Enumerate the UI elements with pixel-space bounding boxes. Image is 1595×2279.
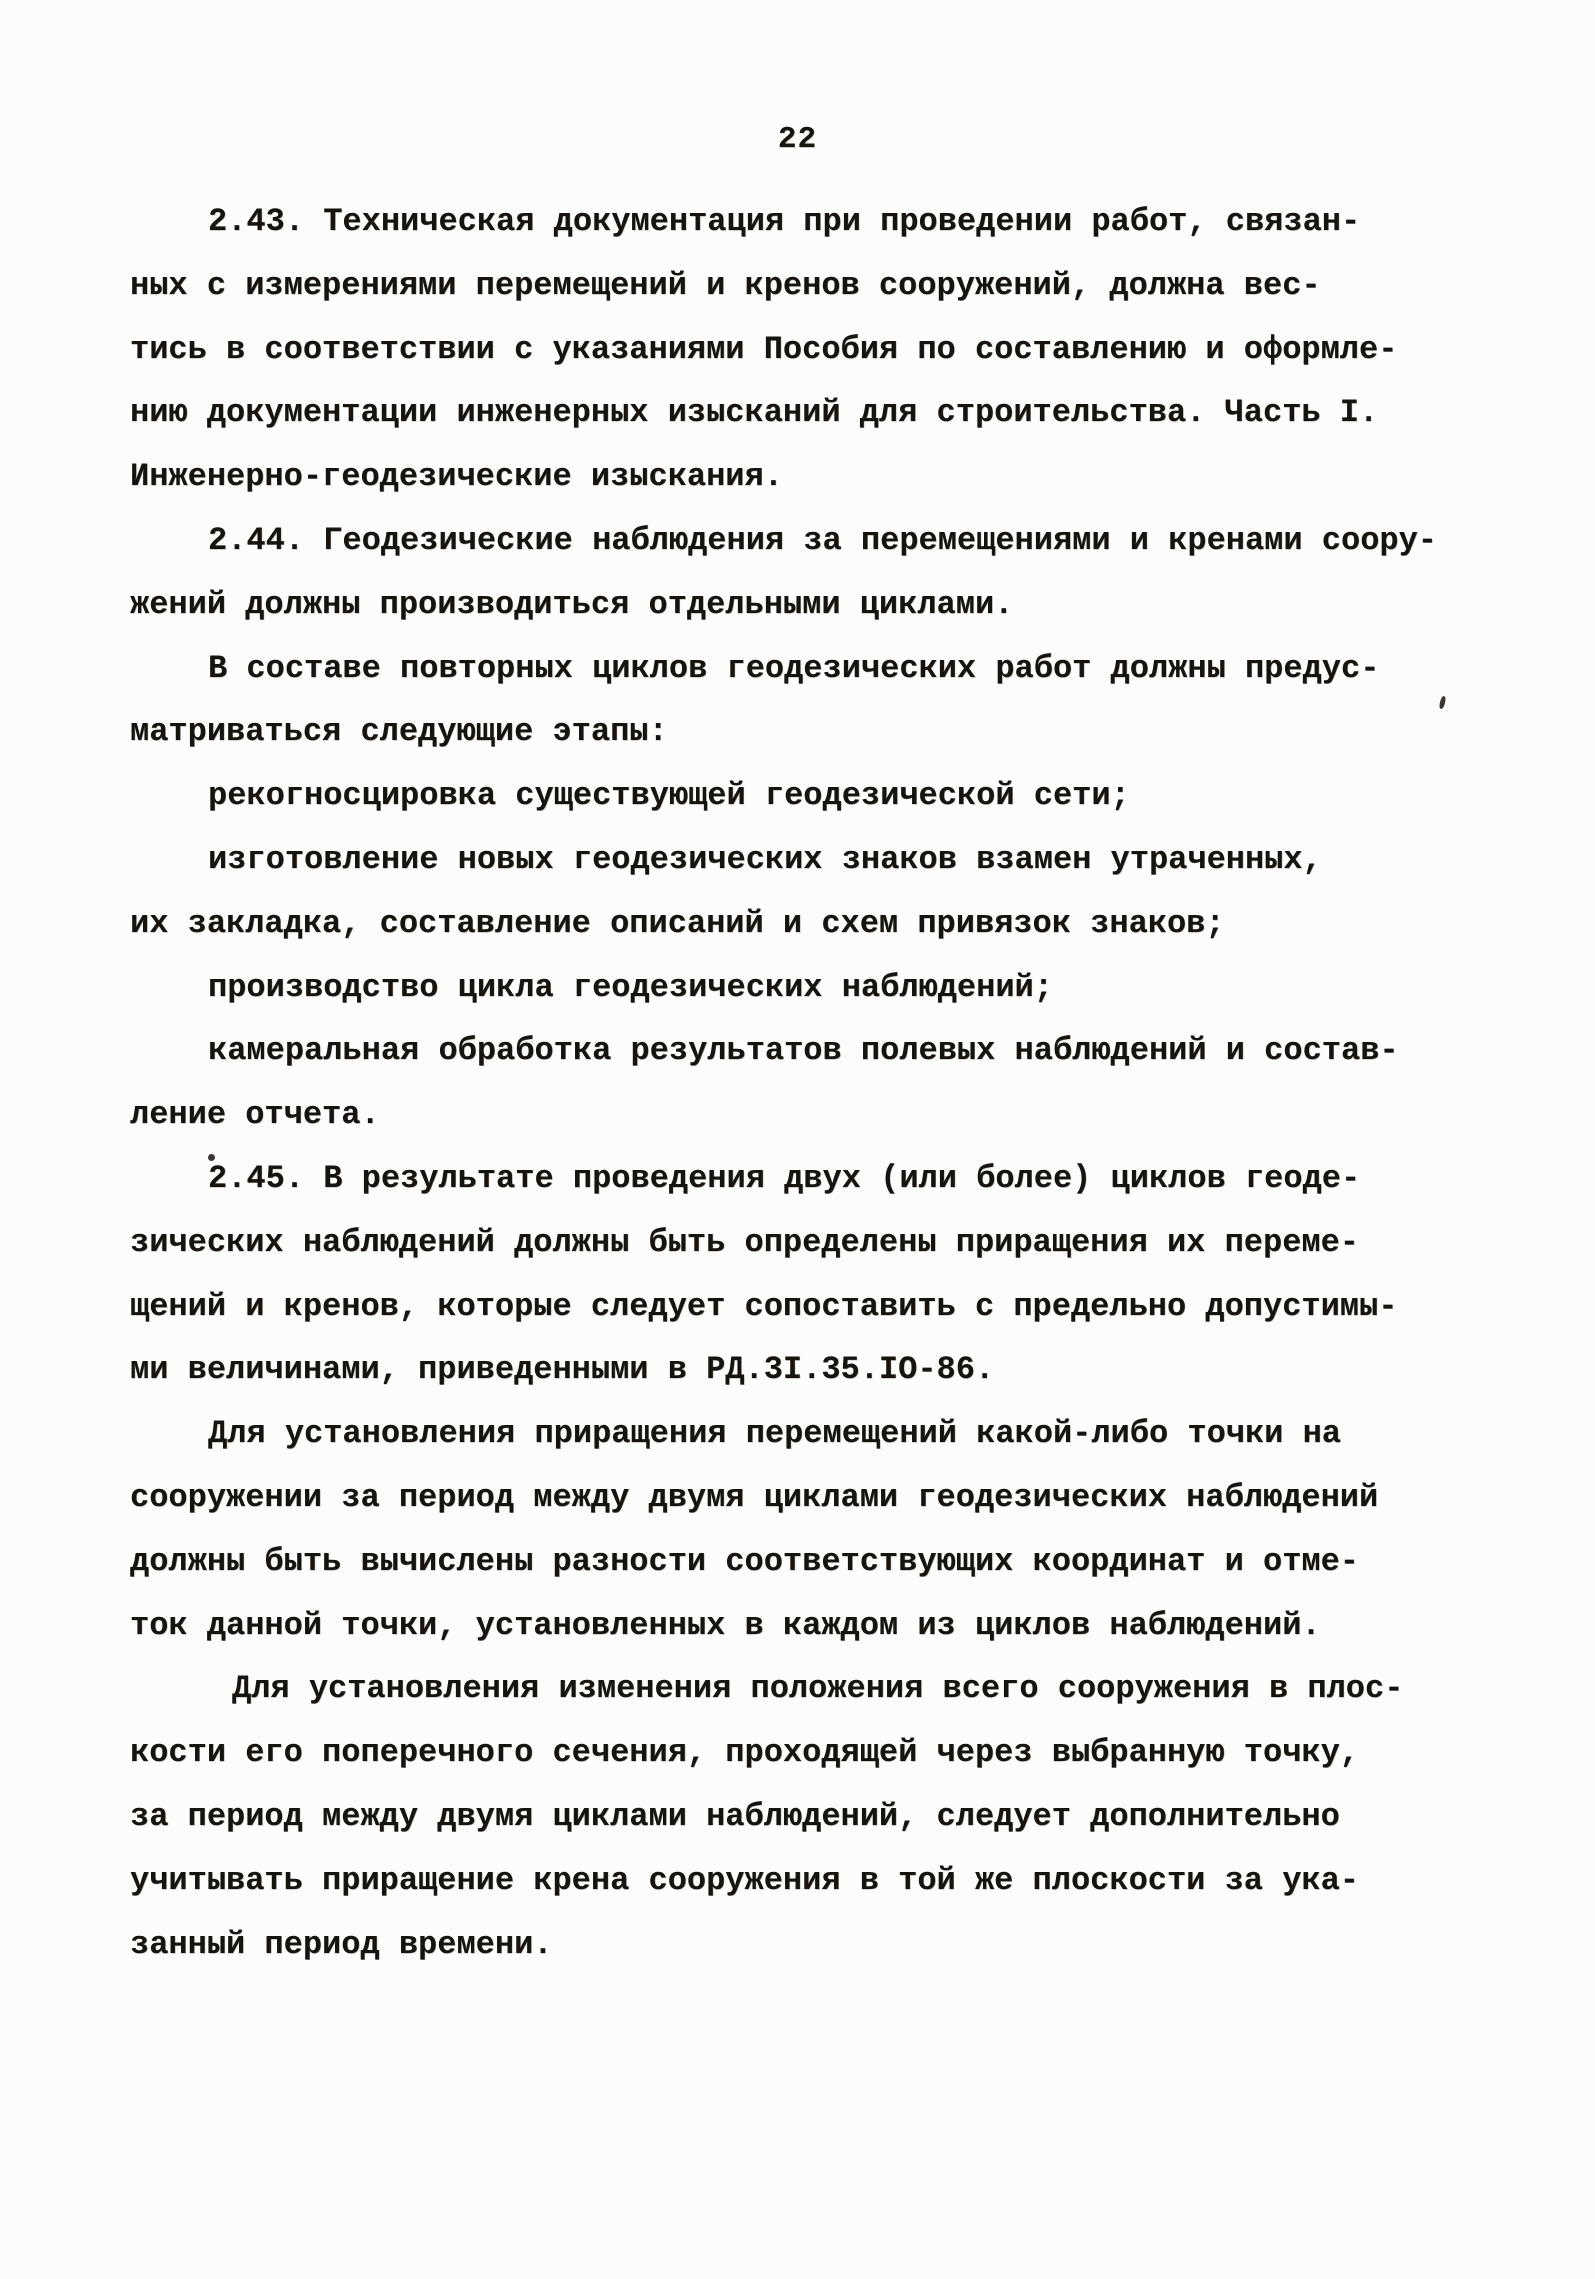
text-line: Для установления приращения перемещений … xyxy=(130,1402,1437,1466)
text-line: В составе повторных циклов геодезических… xyxy=(130,637,1437,701)
text-line: изготовление новых геодезических знаков … xyxy=(130,828,1437,892)
text-line: учитывать приращение крена сооружения в … xyxy=(130,1849,1437,1913)
scanned-document-page: 22 2.43. Техническая документация при пр… xyxy=(0,0,1595,2279)
text-line: ток данной точки, установленных в каждом… xyxy=(130,1594,1437,1658)
text-line: за период между двумя циклами наблюдений… xyxy=(130,1785,1437,1849)
text-line: 2.45. В результате проведения двух (или … xyxy=(130,1147,1437,1211)
text-line: матриваться следующие этапы: xyxy=(130,700,1437,764)
text-line: Для установления изменения положения все… xyxy=(130,1657,1437,1721)
page-number: 22 xyxy=(0,122,1595,157)
text-line: их закладка, составление описаний и схем… xyxy=(130,892,1437,956)
text-line: ных с измерениями перемещений и кренов с… xyxy=(130,254,1437,318)
text-line: жений должны производиться отдельными ци… xyxy=(130,573,1437,637)
text-line: производство цикла геодезических наблюде… xyxy=(130,956,1437,1020)
text-line: щений и кренов, которые следует сопостав… xyxy=(130,1275,1437,1339)
text-line: должны быть вычислены разности соответст… xyxy=(130,1530,1437,1594)
text-line: рекогносцировка существующей геодезическ… xyxy=(130,764,1437,828)
text-line: Инженерно-геодезические изыскания. xyxy=(130,445,1437,509)
text-line: нию документации инженерных изысканий дл… xyxy=(130,381,1437,445)
text-line: камеральная обработка результатов полевы… xyxy=(130,1019,1437,1083)
text-line: тись в соответствии с указаниями Пособия… xyxy=(130,318,1437,382)
text-line: кости его поперечного сечения, проходяще… xyxy=(130,1721,1437,1785)
text-line: 2.44. Геодезические наблюдения за переме… xyxy=(130,509,1437,573)
scan-artifact-dot xyxy=(208,1154,215,1161)
text-line: занный период времени. xyxy=(130,1913,1437,1977)
text-line: ми величинами, приведенными в РД.3I.35.I… xyxy=(130,1338,1437,1402)
text-line: сооружении за период между двумя циклами… xyxy=(130,1466,1437,1530)
text-line: ление отчета. xyxy=(130,1083,1437,1147)
scan-artifact-mark xyxy=(1439,696,1447,710)
text-line: 2.43. Техническая документация при прове… xyxy=(130,190,1437,254)
text-line: зических наблюдений должны быть определе… xyxy=(130,1211,1437,1275)
document-text-block: 2.43. Техническая документация при прове… xyxy=(130,190,1437,1976)
